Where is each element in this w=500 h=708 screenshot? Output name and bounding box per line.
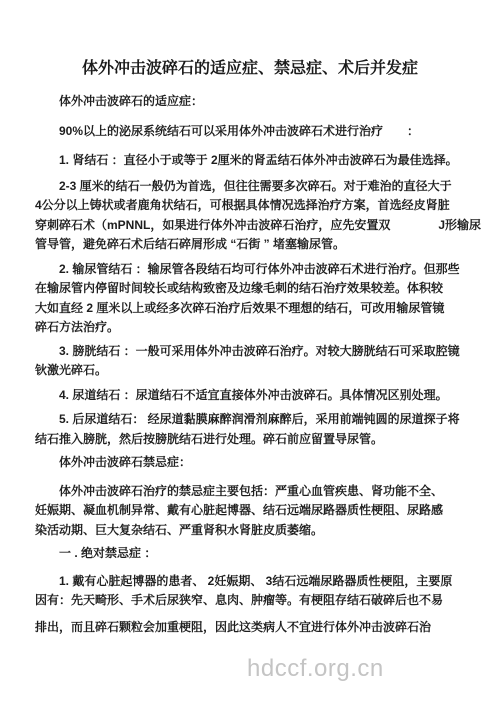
text-line: 在输尿管内停留时间较长或结构致密及边缘毛刺的结石治疗效果较差。体积较 [35, 279, 475, 299]
text-line: 因有：先天畸形、手术后尿狭窄、息肉、肿瘤等。有梗阻存结石破碎后也不易 [35, 591, 475, 611]
paragraph: 90%以上的泌尿系统结石可以采用体外冲击波碎石术进行治疗 ： [35, 122, 475, 142]
watermark-text: hdccf.org.cn [247, 655, 384, 683]
text-line: 2-3 厘米的结石一般仍为首选，但往往需要多次碎石。对于难治的直径大于 [35, 177, 475, 197]
text-line: 4公分以上铸状或者鹿角状结石，可根据具体情况选择治疗方案，首选经皮肾脏 [35, 196, 475, 216]
paragraph: 3. 膀胱结石 ：一般可采用体外冲击波碎石治疗。对较大膀胱结石可采取腔镜钬激光碎… [35, 342, 475, 381]
text-line: 体外冲击波碎石治疗的禁忌症主要包括：严重心血管疾患、肾功能不全、 [35, 482, 475, 502]
text-line: 染活动期、巨大复杂结石、严重肾积水肾脏皮质萎缩。 [35, 521, 475, 541]
text-line: 妊娠期、凝血机制异常、戴有心脏起博器、结石远端尿路器质性梗阻、尿路感 [35, 501, 475, 521]
text-line: 1. 肾结石 ：直径小于或等于 2厘米的肾盂结石体外冲击波碎石为最佳选择。 [35, 151, 475, 171]
document-title: 体外冲击波碎石的适应症、禁忌症、术后并发症 [0, 57, 500, 81]
paragraph: 一 . 绝对禁忌症 ： [35, 544, 475, 564]
document-page: 体外冲击波碎石的适应症、禁忌症、术后并发症 体外冲击波碎石的适应症： 90%以上… [0, 0, 500, 708]
text-line: 90%以上的泌尿系统结石可以采用体外冲击波碎石术进行治疗 ： [35, 122, 475, 142]
paragraph: 体外冲击波碎石禁忌症： [35, 453, 475, 473]
text-line: 5. 后尿道结石： 经尿道黏膜麻醉润滑剂麻醉后，采用前端钝圆的尿道探子将 [35, 410, 475, 430]
paragraph: 1. 戴有心脏起博器的患者、 2妊娠期、 3结石远端尿路器质性梗阻，主要原因有：… [35, 572, 475, 611]
text-line: 排出，而且碎石颗粒会加重梗阻，因此这类病人不宜进行体外冲击波碎石治 [35, 618, 475, 638]
paragraph: 4. 尿道结石 ：尿道结石不适宜直接体外冲击波碎石。具体情况区别处理。 [35, 386, 475, 406]
text-line: 3. 膀胱结石 ：一般可采用体外冲击波碎石治疗。对较大膀胱结石可采取腔镜 [35, 342, 475, 362]
text-line: 4. 尿道结石 ：尿道结石不适宜直接体外冲击波碎石。具体情况区别处理。 [35, 386, 475, 406]
paragraph: 排出，而且碎石颗粒会加重梗阻，因此这类病人不宜进行体外冲击波碎石治 [35, 618, 475, 638]
paragraph: 2. 输尿管结石 ：输尿管各段结石均可行体外冲击波碎石术进行治疗。但那些在输尿管… [35, 260, 475, 338]
text-line: 结石推入膀胱，然后按膀胱结石进行处理。碎石前应留置导尿管。 [35, 430, 475, 450]
text-line: 2. 输尿管结石 ：输尿管各段结石均可行体外冲击波碎石术进行治疗。但那些 [35, 260, 475, 280]
text-line: 一 . 绝对禁忌症 ： [35, 544, 475, 564]
paragraph: 2-3 厘米的结石一般仍为首选，但往往需要多次碎石。对于难治的直径大于4公分以上… [35, 177, 475, 255]
body-text: 体外冲击波碎石的适应症： 90%以上的泌尿系统结石可以采用体外冲击波碎石术进行治… [0, 92, 500, 637]
text-line: 体外冲击波碎石的适应症： [35, 92, 475, 112]
text-line: 大如直经 2 厘米以上或经多次碎石治疗后效果不理想的结石，可改用输尿管镜 [35, 299, 475, 319]
text-line: 体外冲击波碎石禁忌症： [35, 453, 475, 473]
paragraph: 1. 肾结石 ：直径小于或等于 2厘米的肾盂结石体外冲击波碎石为最佳选择。 [35, 151, 475, 171]
text-line: 1. 戴有心脏起博器的患者、 2妊娠期、 3结石远端尿路器质性梗阻，主要原 [35, 572, 475, 592]
paragraph: 体外冲击波碎石的适应症： [35, 92, 475, 112]
text-line: 穿刺碎石术（mPNNL，如果进行体外冲击波碎石治疗，应先安置双 J形输尿 [35, 216, 475, 236]
text-line: 钬激光碎石。 [35, 361, 475, 381]
text-line: 管导管，避免碎石术后结石碎屑形成 “石街 ” 堵塞输尿管。 [35, 235, 475, 255]
paragraph: 5. 后尿道结石： 经尿道黏膜麻醉润滑剂麻醉后，采用前端钝圆的尿道探子将结石推入… [35, 410, 475, 449]
text-line: 碎石方法治疗。 [35, 318, 475, 338]
paragraph: 体外冲击波碎石治疗的禁忌症主要包括：严重心血管疾患、肾功能不全、妊娠期、凝血机制… [35, 482, 475, 541]
